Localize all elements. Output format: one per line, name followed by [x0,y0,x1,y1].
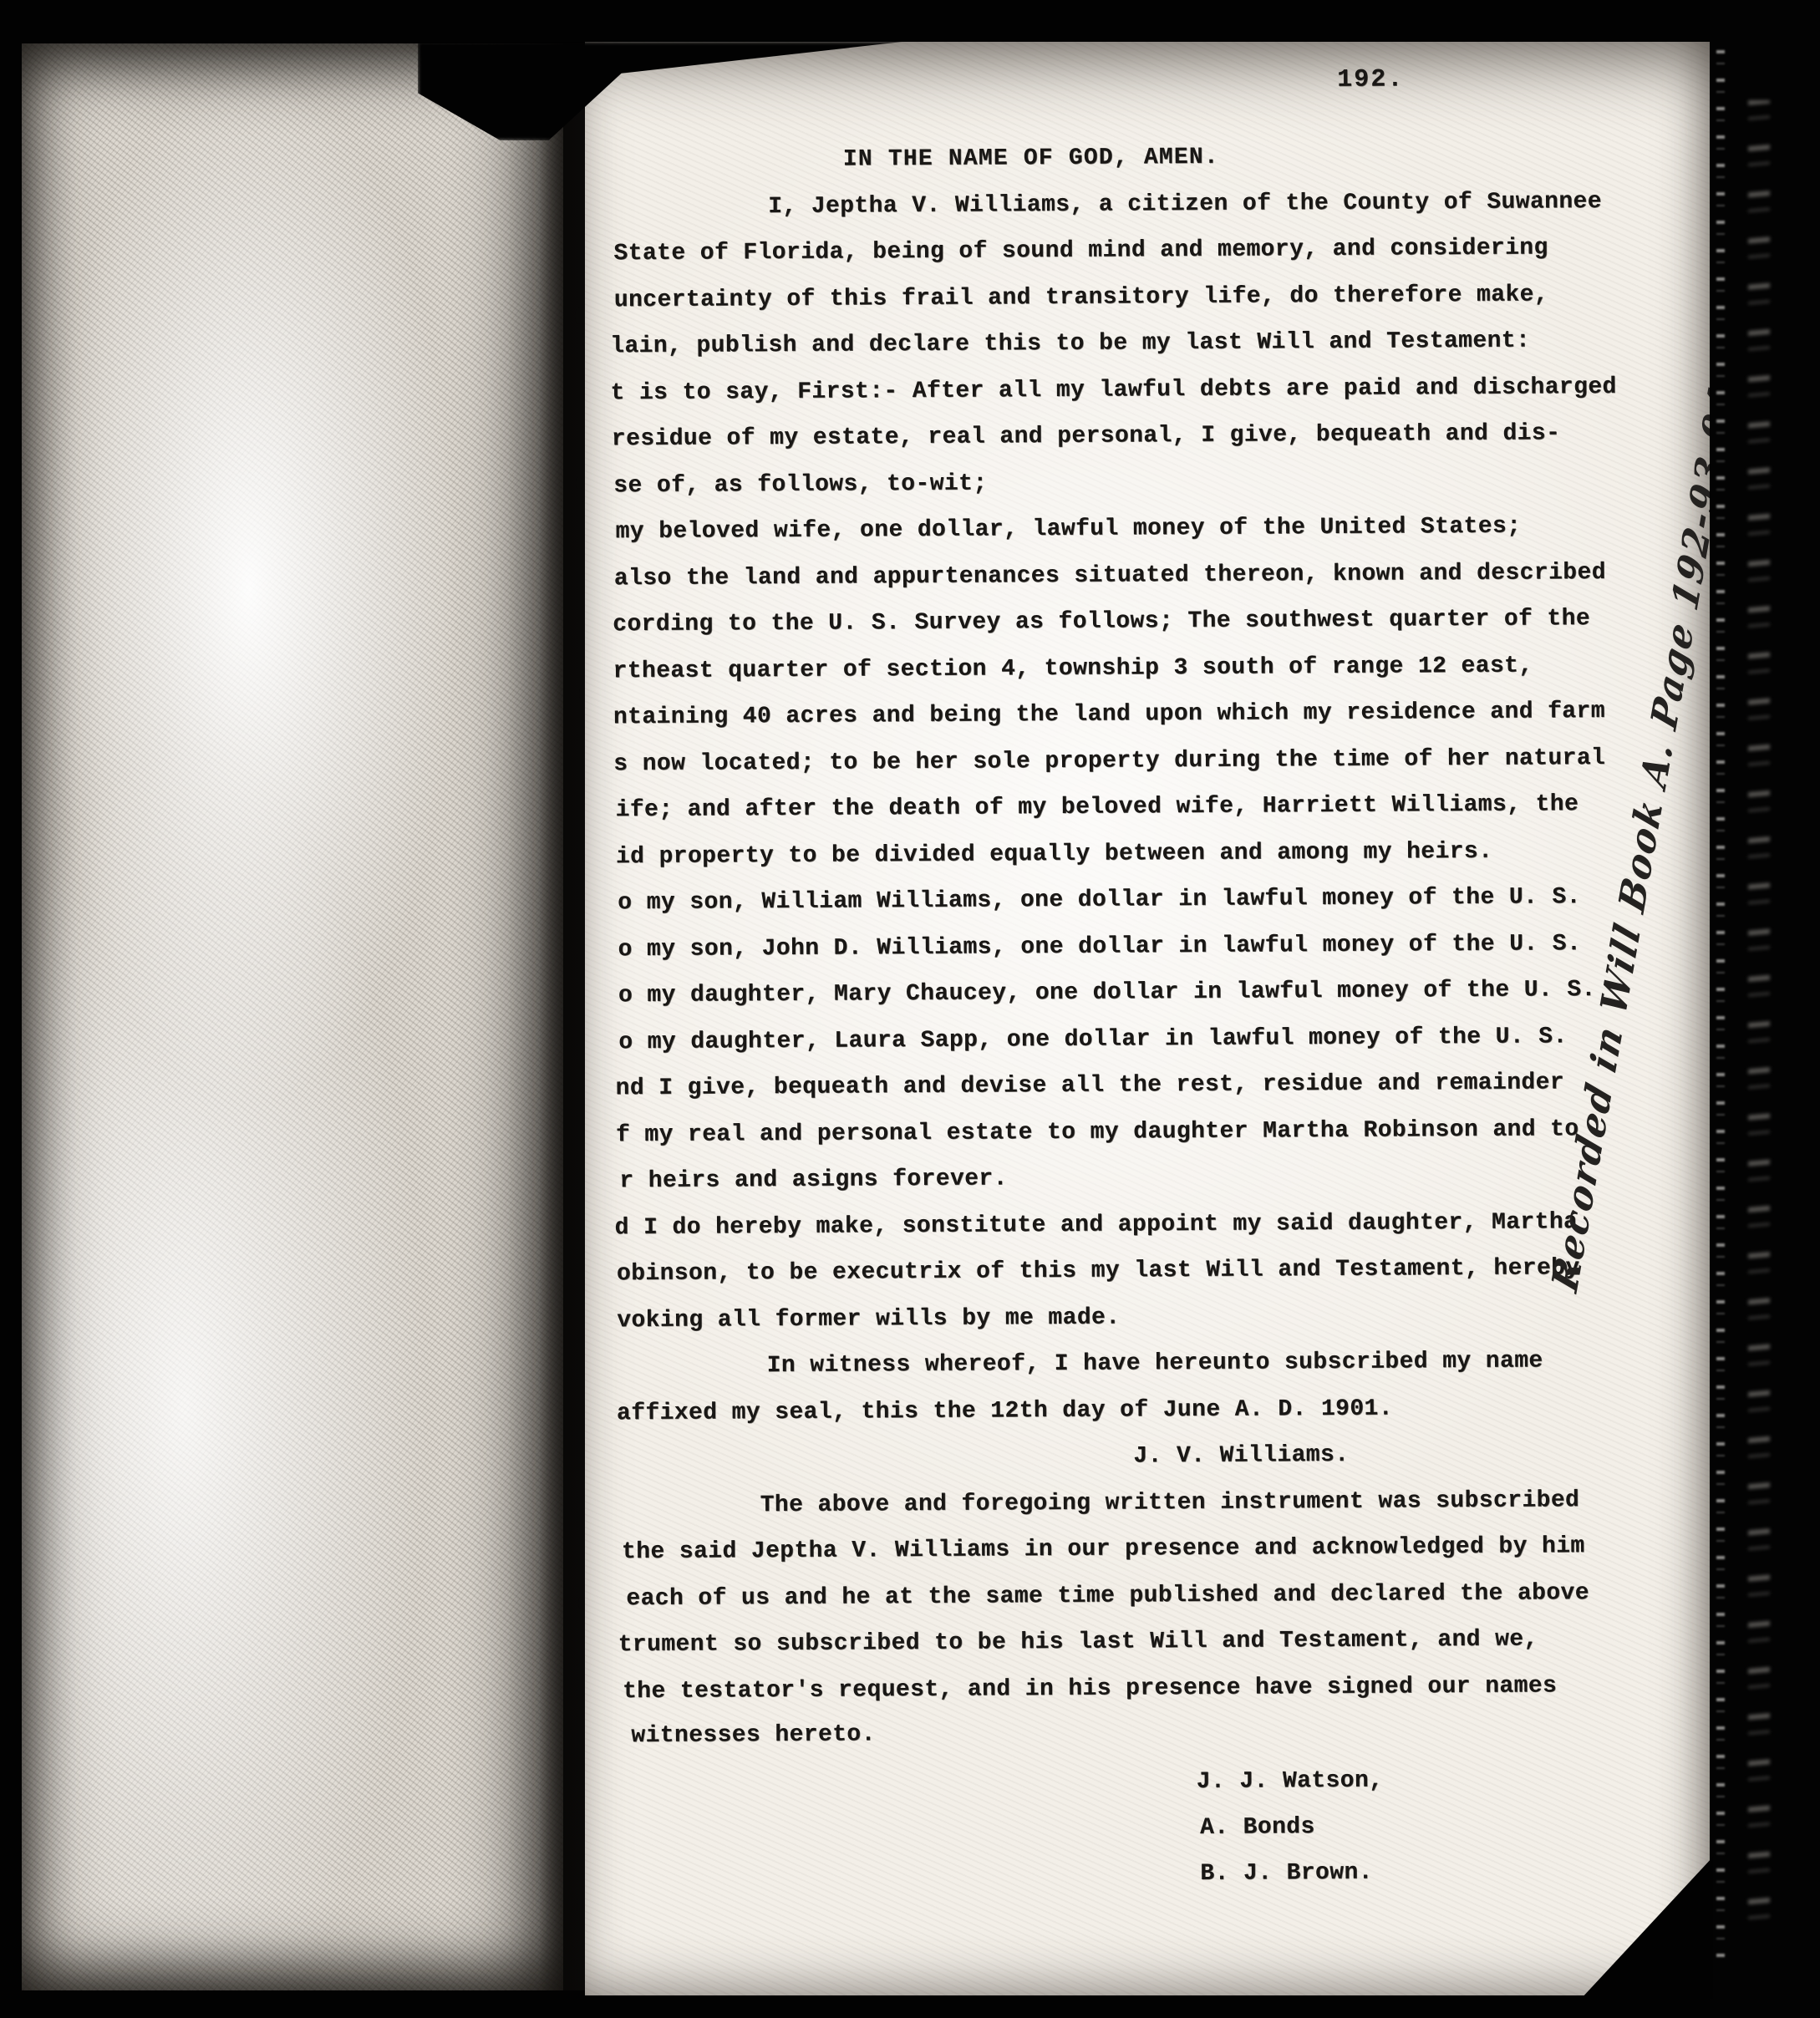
typed-line: State of Florida, being of sound mind an… [613,235,1548,267]
typed-line: ife; and after the death of my beloved w… [615,791,1579,823]
typed-line: o my son, John D. Williams, one dollar i… [618,931,1582,963]
typed-line: o my daughter, Laura Sapp, one dollar in… [618,1024,1568,1055]
typed-line: affixed my seal, this the 12th day of Ju… [617,1396,1393,1427]
document-heading: IN THE NAME OF GOD, AMEN. [843,145,1219,173]
typed-line: d I do hereby make, sonstitute and appoi… [615,1209,1579,1241]
typed-line: s now located; to be her sole property d… [613,745,1605,777]
typed-line: rtheast quarter of section 4, township 3… [613,653,1533,685]
typed-line: The above and foregoing written instrume… [760,1487,1580,1518]
typed-line: o my son, William Williams, one dollar i… [618,884,1581,916]
typed-line: obinson, to be executrix of this my last… [617,1255,1580,1287]
typed-line: I, Jeptha V. Williams, a citizen of the … [768,189,1602,220]
typed-line: t is to say, First:- After all my lawful… [610,374,1616,406]
spine-texture [1716,50,1725,1964]
typed-text-layer: 192. IN THE NAME OF GOD, AMEN. I, Jeptha… [0,0,1820,2018]
typed-line: the testator's request, and in his prese… [623,1673,1557,1705]
typed-line: witnesses hereto. [631,1721,876,1749]
typed-line: lain, publish and declare this to be my … [610,328,1530,360]
typed-line: nd I give, bequeath and devise all the r… [616,1070,1565,1101]
typed-line: the said Jeptha V. Williams in our prese… [622,1533,1585,1565]
witness-signature: A. Bonds [1200,1814,1315,1841]
witness-signature: B. J. Brown. [1200,1860,1373,1887]
typed-line: id property to be divided equally betwee… [616,839,1493,870]
scanned-will-page: 192. IN THE NAME OF GOD, AMEN. I, Jeptha… [0,0,1820,2018]
typed-line: r heirs and asigns forever. [619,1166,1008,1194]
testator-signature: J. V. Williams. [1133,1442,1349,1470]
typed-line: voking all former wills by me made. [617,1305,1120,1334]
typed-line: uncertainty of this frail and transitory… [614,282,1548,313]
witness-signature: J. J. Watson, [1197,1768,1384,1795]
spine-texture [1748,100,1770,1939]
page-number: 192. [1337,65,1404,94]
typed-line: cording to the U. S. Survey as follows; … [613,606,1590,638]
typed-line: my beloved wife, one dollar, lawful mone… [615,514,1521,546]
typed-line: residue of my estate, real and personal,… [612,420,1561,452]
typed-line: each of us and he at the same time publi… [626,1580,1589,1612]
book-spine [1710,0,1820,2018]
typed-line: also the land and appurtenances situated… [614,560,1606,592]
typed-line: se of, as follows, to-wit; [613,470,987,499]
typed-line: In witness whereof, I have hereunto subs… [767,1348,1543,1379]
typed-line: o my daughter, Mary Chaucey, one dollar … [618,977,1596,1009]
typed-line: f my real and personal estate to my daug… [616,1116,1579,1148]
typed-line: trument so subscribed to be his last Wil… [618,1626,1538,1658]
typed-line: ntaining 40 acres and being the land upo… [613,699,1605,730]
